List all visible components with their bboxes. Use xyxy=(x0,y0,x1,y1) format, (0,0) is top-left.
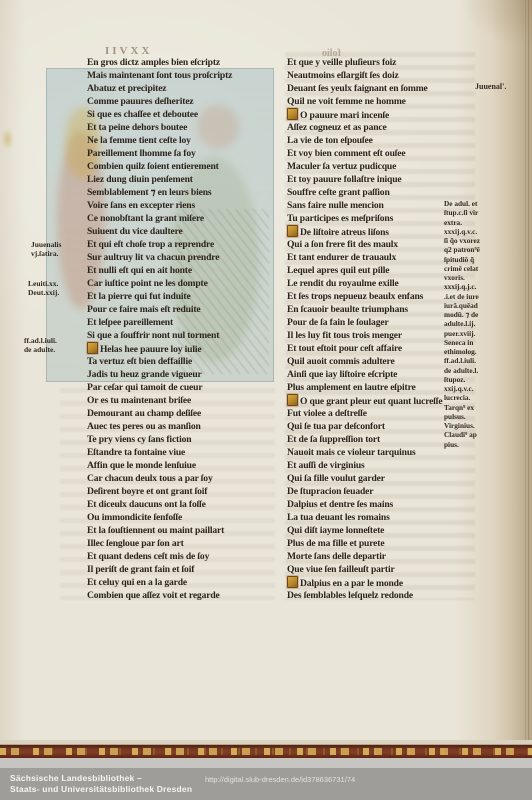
digital-source-url: http://digital.slub-dresden.de/id3786367… xyxy=(205,775,355,784)
verse-text: Affin que le monde lenſuiue xyxy=(87,460,196,471)
verse-text: Combien quilz ſoient entierement xyxy=(87,161,219,172)
verse-text: Le rendit du royaulme exille xyxy=(287,278,399,289)
verse-line: Car iuſtice point ne les dompte xyxy=(87,277,287,290)
verse-line: Qui diſt iayme lonneſtete xyxy=(287,524,473,537)
gilt-gauffered-book-edge xyxy=(0,745,532,758)
verse-line: Plus de ma fille et purete xyxy=(287,537,473,550)
verse-line: Souffre ceſte grant paſſion xyxy=(287,186,473,199)
verse-text: Tu participes es meſpriſons xyxy=(287,213,393,224)
scan-viewport: IIVXX folio En gros dictz amples bien eſ… xyxy=(0,0,532,800)
verse-text: Dalpius et dentre ſes mains xyxy=(287,499,393,510)
verse-line: Morte ſans delle departir xyxy=(287,550,473,563)
verse-line: Maculer ſa vertuz pudicque xyxy=(287,160,473,173)
verse-line: Pour ce faire mais eſt reduite xyxy=(87,303,287,316)
verse-text: Pour ce faire mais eſt reduite xyxy=(87,304,201,315)
verse-text: Et tant endurer de trauaulx xyxy=(287,252,396,263)
illuminated-initial xyxy=(287,394,298,406)
verse-line: La tua deuant les romains xyxy=(287,511,473,524)
illuminated-initial xyxy=(87,342,98,354)
verse-text: Semblablement ⁊ en leurs biens xyxy=(87,187,211,198)
verse-line: Qui ſa fille voulut garder xyxy=(287,472,473,485)
verse-line: Par ceſar qui tamoit de cueur xyxy=(87,381,287,394)
verse-line: Mais maintenant ſont tous proſcriptz xyxy=(87,69,287,82)
verse-line: Suiuent du vice daultere xyxy=(87,225,287,238)
margin-note-lex-julia: ff.ad.l.iuli.de adulte. xyxy=(24,336,57,355)
verse-text: Comme pauures deſheritez xyxy=(87,96,194,107)
verse-text: Deſirent boyre et ont grant ſoif xyxy=(87,486,207,497)
verse-line: Des ſemblables leſquelz redonde xyxy=(287,589,473,602)
verse-line: En gros dictz amples bien eſcriptz xyxy=(87,56,287,69)
illuminated-initial xyxy=(287,108,298,120)
verse-line: Pareillement lhomme ſa foy xyxy=(87,147,287,160)
verse-text: Dalpius en a par le monde xyxy=(300,578,403,589)
left-text-column: En gros dictz amples bien eſcriptz Mais … xyxy=(87,56,287,602)
verse-text: Et la ſouſtiennent ou maint paillart xyxy=(87,525,224,536)
verse-text: Et quant dedens ceſt mis de ſoy xyxy=(87,551,209,562)
verse-text: Que viue ſen failleuſt partir xyxy=(287,564,395,575)
verse-text: Illec ſengloue par ſon art xyxy=(87,538,184,549)
margin-note-line: Deut.xxij. xyxy=(28,288,59,297)
verse-text: Sans faire nulle mencion xyxy=(287,200,384,211)
verse-text: Nauoit mais ce violeur tarquinus xyxy=(287,447,416,458)
verse-line: Et leſpee pareillement xyxy=(87,316,287,329)
verse-text: Deuant ſes yeulx faignant en ſomme xyxy=(287,83,428,94)
verse-line: Et diceulx daucuns ont la foſſe xyxy=(87,498,287,511)
margin-note-line: Juuenalis xyxy=(31,240,61,249)
verse-text: Pareillement lhomme ſa foy xyxy=(87,148,196,159)
margin-note-line: de adulte. xyxy=(24,345,57,354)
verse-line: Auec tes peres ou as manſion xyxy=(87,420,287,433)
verse-line: Deſirent boyre et ont grant ſoif xyxy=(87,485,287,498)
verse-text: Souffre ceſte grant paſſion xyxy=(287,187,390,198)
verse-text: La vie de ton eſpouſee xyxy=(287,135,373,146)
paper-stain xyxy=(1,128,14,150)
verse-line: Abatuz et precipitez xyxy=(87,82,287,95)
verse-line: Sur aultruy lit va chacun prendre xyxy=(87,251,287,264)
verse-line: Quil ne voit femme ne homme xyxy=(287,95,473,108)
verse-text: Ainſi que iay liſtoire eſcripte xyxy=(287,369,397,380)
verse-text: Et la pierre qui fut induite xyxy=(87,291,191,302)
verse-text: Qui ſa fille voulut garder xyxy=(287,473,385,484)
verse-text: Qui a ſon frere fit des maulx xyxy=(287,239,398,250)
verse-text: Voire ſans en excepter riens xyxy=(87,200,195,211)
verse-line: Dalpius en a par le monde xyxy=(287,576,473,589)
margin-note-leviticus-deut: Leuiti.xx.Deut.xxij. xyxy=(28,279,59,298)
verse-line: Combien quilz ſoient entierement xyxy=(87,160,287,173)
verse-line: Helas hee pauure loy iulie xyxy=(87,342,287,355)
verse-text: Abatuz et precipitez xyxy=(87,83,166,94)
verse-text: Helas hee pauure loy iulie xyxy=(100,344,201,355)
verse-line: Et nulli eſt qui en ait honte xyxy=(87,264,287,277)
verse-text: Il periſt de grant fain et ſoif xyxy=(87,564,194,575)
verse-line: Comme pauures deſheritez xyxy=(87,95,287,108)
verse-text: Et tout eſtoit pour ceſt affaire xyxy=(287,343,402,354)
verse-text: Et diceulx daucuns ont la foſſe xyxy=(87,499,206,510)
verse-line: Et que y veille pluſieurs foiz xyxy=(287,56,473,69)
verse-line: Et toy pauure follaſtre inique xyxy=(287,173,473,186)
verse-line: Et auſſi de virginius xyxy=(287,459,473,472)
verse-text: Et nulli eſt qui en ait honte xyxy=(87,265,192,276)
verse-line: Et voy bien comment eſt ouſee xyxy=(287,147,473,160)
verse-text: O pauure mari incenſe xyxy=(300,110,389,121)
verse-text: Et de ſa ſuppreſſion tort xyxy=(287,434,380,445)
verse-line: Demourant au champ deſiſee xyxy=(87,407,287,420)
verse-line: Illec ſengloue par ſon art xyxy=(87,537,287,550)
library-name-line2: Staats- und Universitätsbibliothek Dresd… xyxy=(10,784,192,795)
verse-line: Deuant ſes yeulx faignant en ſomme xyxy=(287,82,473,95)
verse-text: Aſſez cogneuz et as pance xyxy=(287,122,387,133)
verse-text: Car chacun deulx tous a par ſoy xyxy=(87,473,213,484)
verse-text: Et qui eſt choſe trop a reprendre xyxy=(87,239,214,250)
verse-line: La vie de ton eſpouſee xyxy=(287,134,473,147)
verse-line: Si que es chaſſee et deboutee xyxy=(87,108,287,121)
verse-text: En gros dictz amples bien eſcriptz xyxy=(87,57,220,68)
verse-text: La tua deuant les romains xyxy=(287,512,390,523)
verse-text: Pour de ſa fain le ſoulager xyxy=(287,317,389,328)
verse-line: Car chacun deulx tous a par ſoy xyxy=(87,472,287,485)
library-name: Sächsische Landesbibliothek – Staats- un… xyxy=(10,773,192,794)
background-strip xyxy=(0,758,532,768)
verse-line: Liez dung diuin penſement xyxy=(87,173,287,186)
verse-text: Et que y veille pluſieurs foiz xyxy=(287,57,396,68)
verse-line: Dalpius et dentre ſes mains xyxy=(287,498,473,511)
book-page: IIVXX folio En gros dictz amples bien eſ… xyxy=(0,0,532,741)
verse-text: Te pry viens cy ſans fiction xyxy=(87,434,191,445)
verse-text: Auec tes peres ou as manſion xyxy=(87,421,201,432)
verse-line: Et la ſouſtiennent ou maint paillart xyxy=(87,524,287,537)
verse-line: Il periſt de grant fain et ſoif xyxy=(87,563,287,576)
verse-line: Et celuy qui en a la garde xyxy=(87,576,287,589)
verse-line: Ta vertuz eſt bien deffaillie xyxy=(87,355,287,368)
illuminated-initial xyxy=(287,576,298,588)
verse-line: Or es tu maintenant briſee xyxy=(87,394,287,407)
verse-text: Ce nonobſtant la grant miſere xyxy=(87,213,204,224)
verse-line: Ne la femme tient ceſte loy xyxy=(87,134,287,147)
margin-note-juvenal: Juuenalisvj.ſatira. xyxy=(31,240,61,259)
verse-text: Liez dung diuin penſement xyxy=(87,174,193,185)
verse-text: Et ſes trops nepueuz beaulx enfans xyxy=(287,291,423,302)
verse-text: Des ſemblables leſquelz redonde xyxy=(287,590,413,601)
verse-text: Jadis tu heuz grande vigueur xyxy=(87,369,202,380)
verse-line: Et la pierre qui fut induite xyxy=(87,290,287,303)
library-name-line1: Sächsische Landesbibliothek – xyxy=(10,773,192,784)
verse-text: Par ceſar qui tamoit de cueur xyxy=(87,382,202,393)
verse-text: Mais maintenant ſont tous proſcriptz xyxy=(87,70,232,81)
verse-text: Quil auoit commis adultere xyxy=(287,356,395,367)
verse-text: Il les luy fit tous trois menger xyxy=(287,330,402,341)
verse-line: Ce nonobſtant la grant miſere xyxy=(87,212,287,225)
illuminated-initial xyxy=(287,225,298,237)
verse-text: Et leſpee pareillement xyxy=(87,317,173,328)
verse-text: Et ta peine dehors boutee xyxy=(87,122,187,133)
verse-line: Affin que le monde lenſuiue xyxy=(87,459,287,472)
verse-text: Maculer ſa vertuz pudicque xyxy=(287,161,396,172)
margin-note-line: Leuiti.xx. xyxy=(28,279,59,288)
verse-line: Eſtandre ta fontaine viue xyxy=(87,446,287,459)
verse-text: De ſtupracion ſeuader xyxy=(287,486,373,497)
verse-text: Si que a ſouffrir nont nul torment xyxy=(87,330,219,341)
verse-text: Fut violee a deſtreſſe xyxy=(287,408,367,419)
verse-line: Et quant dedens ceſt mis de ſoy xyxy=(87,550,287,563)
verse-text: Or es tu maintenant briſee xyxy=(87,395,191,406)
verse-line: Ou immondicite ſenfoſſe xyxy=(87,511,287,524)
verse-text: Et toy pauure follaſtre inique xyxy=(287,174,402,185)
verse-text: En ſcauoir beaulte triumphans xyxy=(287,304,408,315)
verse-text: Morte ſans delle departir xyxy=(287,551,386,562)
verse-text: Et celuy qui en a la garde xyxy=(87,577,187,588)
verse-text: Si que es chaſſee et deboutee xyxy=(87,109,198,120)
verse-line: Et ta peine dehors boutee xyxy=(87,121,287,134)
verse-line: Neautmoins eſlargiſt ſes doiz xyxy=(287,69,473,82)
verse-line: Que viue ſen failleuſt partir xyxy=(287,563,473,576)
verse-text: De liſtoire atreus liſons xyxy=(300,227,389,238)
verse-text: Combien que aſſez voit et regarde xyxy=(87,590,220,601)
margin-note-line: vj.ſatira. xyxy=(31,249,61,258)
verse-text: Ou immondicite ſenfoſſe xyxy=(87,512,182,523)
verse-text: Suiuent du vice daultere xyxy=(87,226,183,237)
verse-text: Quil ne voit femme ne homme xyxy=(287,96,406,107)
verse-text: Neautmoins eſlargiſt ſes doiz xyxy=(287,70,399,81)
verse-text: Lequel apres quil eut pille xyxy=(287,265,389,276)
verse-line: Et qui eſt choſe trop a reprendre xyxy=(87,238,287,251)
verse-text: Qui diſt iayme lonneſtete xyxy=(287,525,384,536)
verse-text: Car iuſtice point ne les dompte xyxy=(87,278,208,289)
verse-text: Et voy bien comment eſt ouſee xyxy=(287,148,405,159)
verse-text: Ta vertuz eſt bien deffaillie xyxy=(87,356,192,367)
verse-line: Aſſez cogneuz et as pance xyxy=(287,121,473,134)
verse-text: Sur aultruy lit va chacun prendre xyxy=(87,252,219,263)
verse-line: Semblablement ⁊ en leurs biens xyxy=(87,186,287,199)
verse-line: De ſtupracion ſeuader xyxy=(287,485,473,498)
library-footer: Sächsische Landesbibliothek – Staats- un… xyxy=(0,768,532,800)
verse-text: O que grant pleur eut quant lucreſſe xyxy=(300,396,442,407)
margin-note-line: ff.ad.l.iuli. xyxy=(24,336,57,345)
verse-line: Jadis tu heuz grande vigueur xyxy=(87,368,287,381)
verse-line: Te pry viens cy ſans fiction xyxy=(87,433,287,446)
verse-text: Et auſſi de virginius xyxy=(287,460,365,471)
verse-line: O pauure mari incenſe xyxy=(287,108,473,121)
verse-text: Demourant au champ deſiſee xyxy=(87,408,201,419)
verse-text: Qui ſe tua par deſconfort xyxy=(287,421,385,432)
verse-line: Combien que aſſez voit et regarde xyxy=(87,589,287,602)
verse-text: Plus de ma fille et purete xyxy=(287,538,384,549)
verse-text: Eſtandre ta fontaine viue xyxy=(87,447,185,458)
verse-text: Plus amplement en lautre eſpitre xyxy=(287,382,416,393)
verse-line: Si que a ſouffrir nont nul torment xyxy=(87,329,287,342)
page-gutter-shadow xyxy=(492,0,532,741)
verse-line: Voire ſans en excepter riens xyxy=(87,199,287,212)
verse-text: Ne la femme tient ceſte loy xyxy=(87,135,191,146)
